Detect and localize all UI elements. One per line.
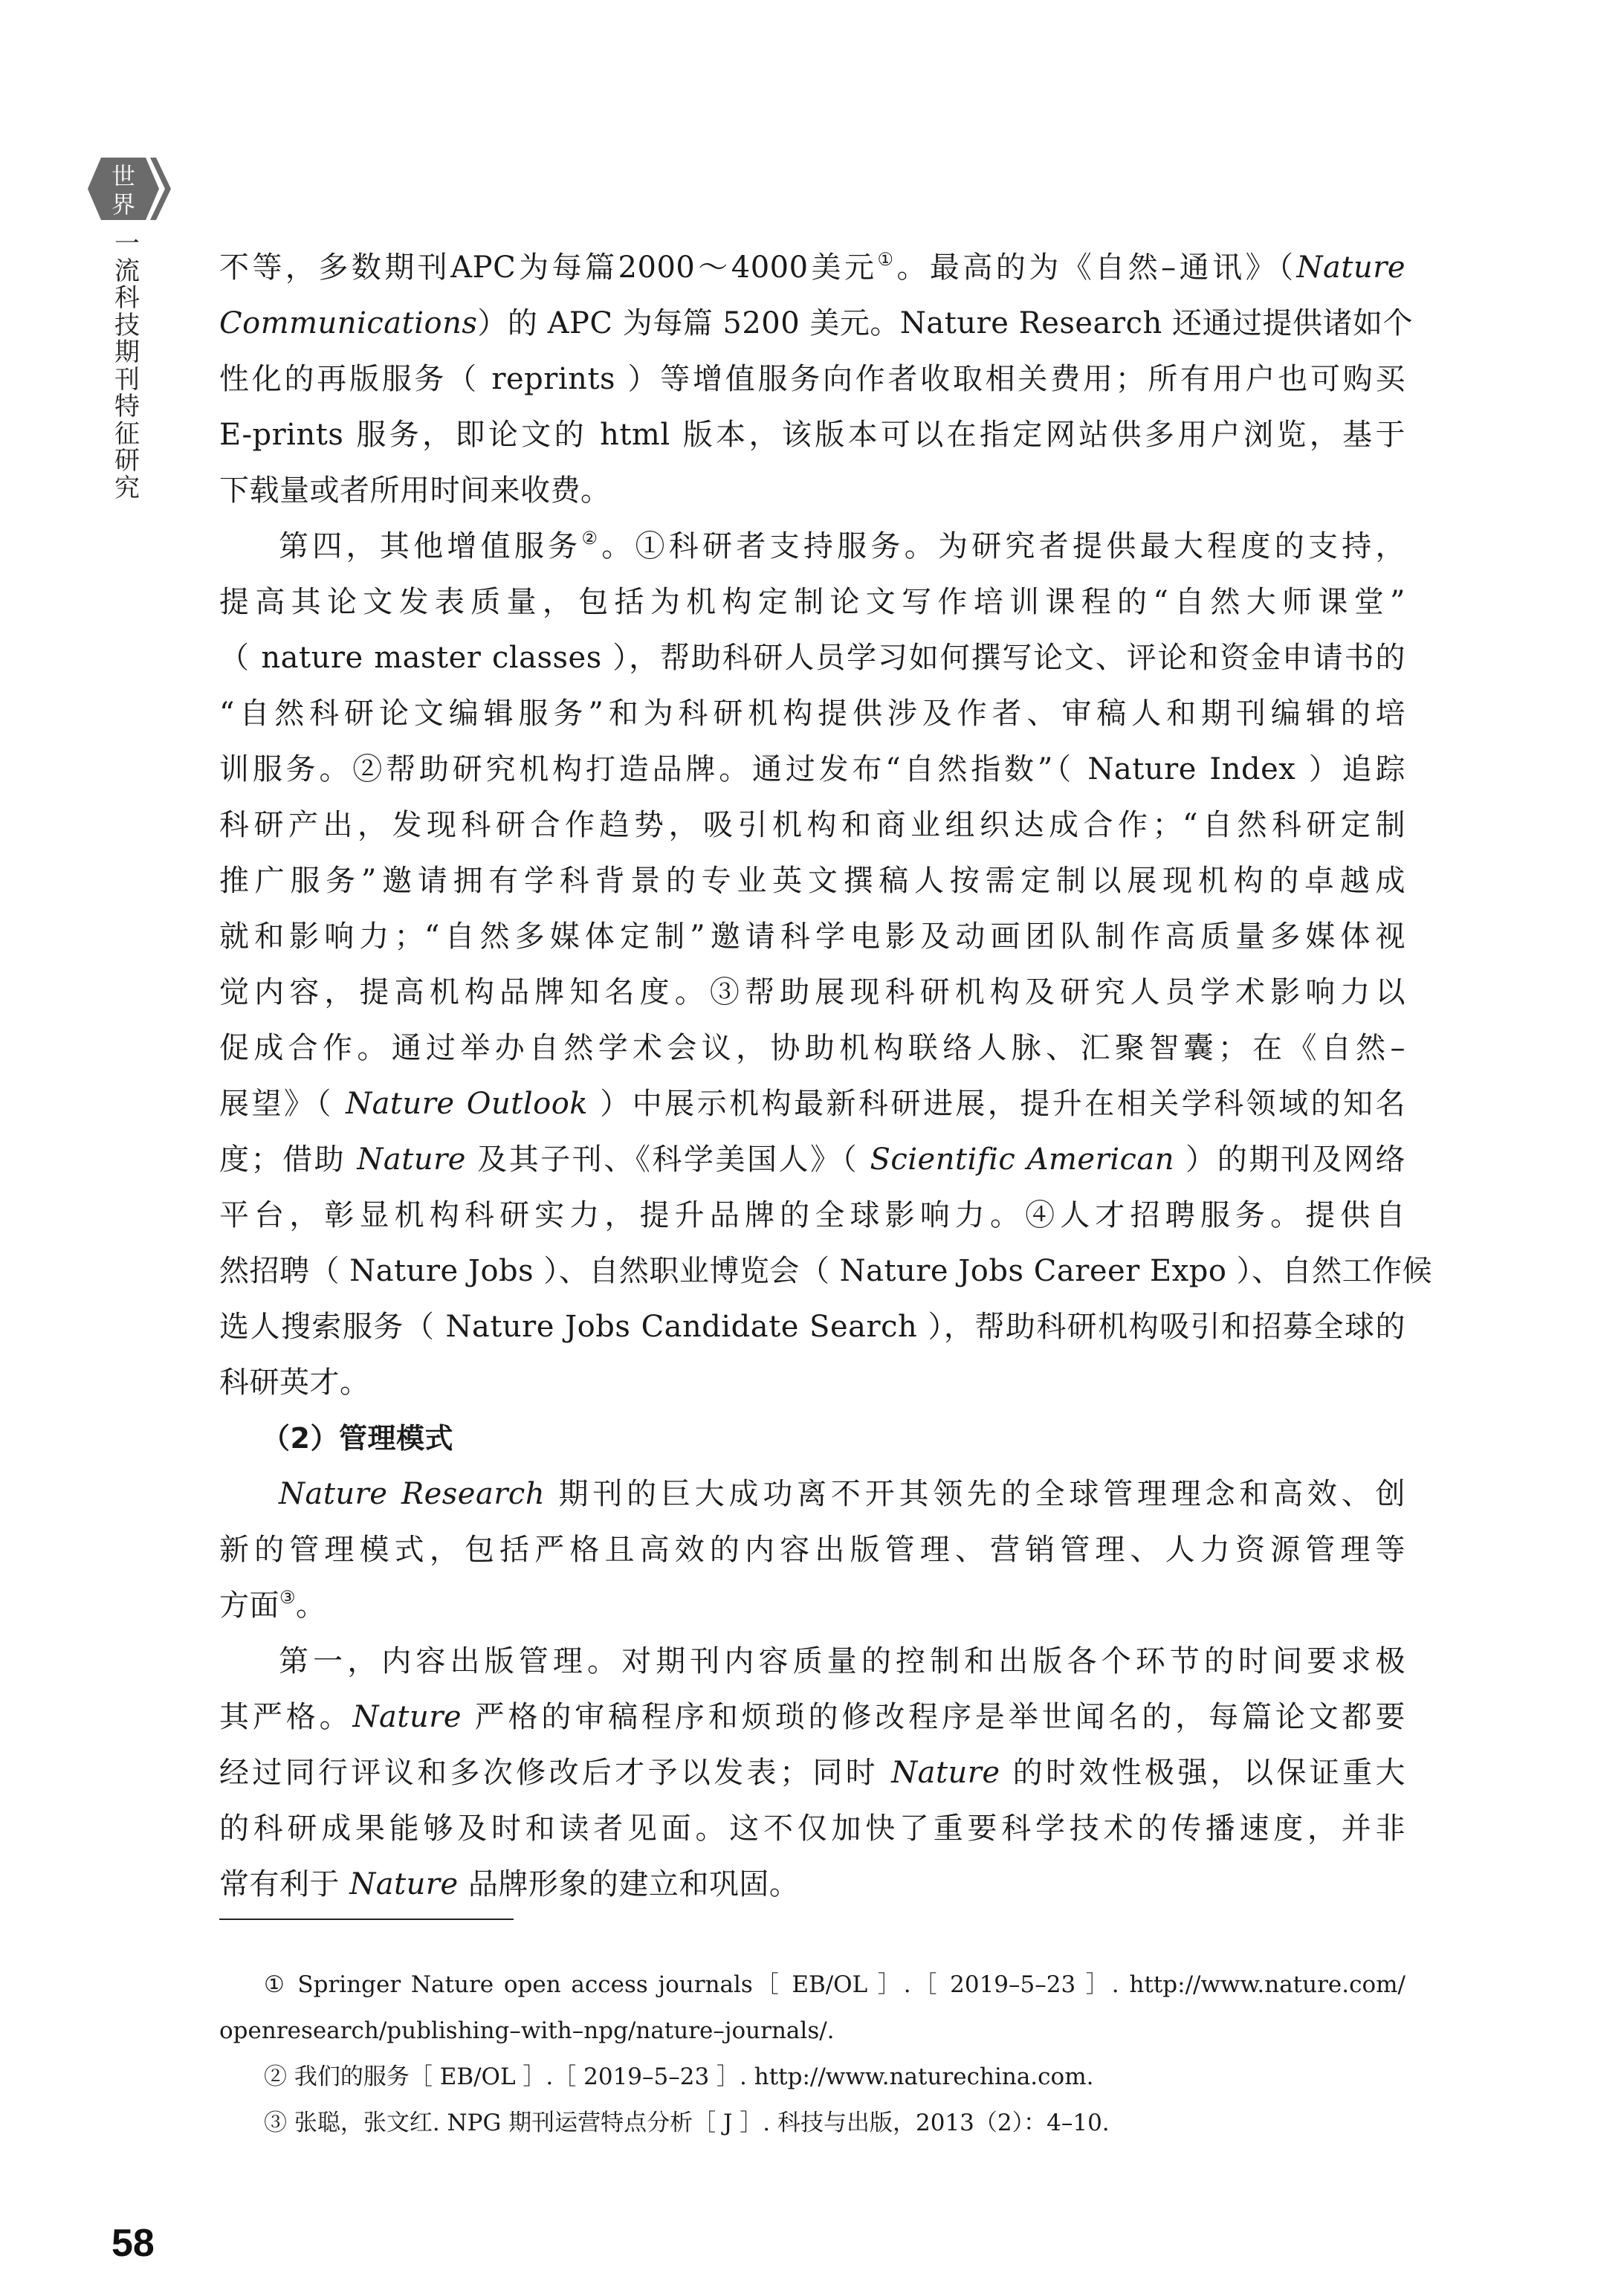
title-char: 期 bbox=[110, 339, 144, 366]
badge-char-1: 世 bbox=[111, 162, 135, 190]
text-run: 不等，多数期刊APC为每篇2000～4000美元 bbox=[219, 250, 877, 285]
text-run: 下载量或者所用时间来收费。 bbox=[219, 473, 611, 508]
text-run: 科研产出，发现科研合作趋势，吸引机构和商业组织达成合作；“自然科研定制 bbox=[219, 808, 1405, 842]
text-run: 推广服务”邀请拥有学科背景的专业英文撰稿人按需定制以展现机构的卓越成 bbox=[219, 864, 1405, 898]
text-run: 科研英才。 bbox=[219, 1365, 370, 1400]
title-char: 究 bbox=[110, 475, 144, 502]
text-run: 提高其论文发表质量，包括为机构定制论文写作培训课程的“自然大师课堂” bbox=[219, 585, 1405, 619]
text-run: 常有利于 bbox=[219, 1867, 349, 1901]
footnote-ref: ② bbox=[581, 528, 601, 549]
text-line: 度；借助 Nature 及其子刊、《科学美国人》（ Scientific Ame… bbox=[219, 1137, 1405, 1182]
footnote-divider bbox=[219, 1919, 514, 1920]
text-run: 期刊的巨大成功离不开其领先的全球管理理念和高效、创 bbox=[545, 1477, 1405, 1511]
text-run: （ nature master classes ），帮助科研人员学习如何撰写论文… bbox=[219, 641, 1405, 675]
text-line: 不等，多数期刊APC为每篇2000～4000美元①。最高的为《自然–通讯》（Na… bbox=[219, 245, 1405, 290]
title-char: 科 bbox=[110, 285, 144, 312]
title-char: 征 bbox=[110, 421, 144, 448]
italic-term: Nature bbox=[353, 1700, 462, 1734]
text-line: E-prints 服务，即论文的 html 版本，该版本可以在指定网站供多用户浏… bbox=[219, 413, 1405, 457]
footnote-ref: ③ bbox=[279, 1587, 296, 1608]
text-run: 然招聘（ Nature Jobs ）、自然职业博览会（ Nature Jobs … bbox=[219, 1254, 1432, 1288]
text-run: 经过同行评议和多次修改后才予以发表；同时 bbox=[219, 1756, 891, 1790]
text-run: 严格的审稿程序和烦琐的修改程序是举世闻名的，每篇论文都要 bbox=[462, 1700, 1405, 1734]
text-run: 平台，彰显机构科研实力，提升品牌的全球影响力。④人才招聘服务。提供自 bbox=[219, 1198, 1405, 1232]
text-run: 展望》（ bbox=[219, 1087, 346, 1121]
text-line: 常有利于 Nature 品牌形象的建立和巩固。 bbox=[219, 1862, 1405, 1907]
badge-char-2: 界 bbox=[111, 190, 135, 219]
title-char: 技 bbox=[110, 312, 144, 340]
text-line: Communications）的 APC 为每篇 5200 美元。Nature … bbox=[219, 301, 1405, 346]
text-line: 科研产出，发现科研合作趋势，吸引机构和商业组织达成合作；“自然科研定制 bbox=[219, 803, 1405, 847]
title-char: 特 bbox=[110, 393, 144, 421]
text-run: 。 bbox=[296, 1588, 326, 1623]
italic-term: Nature bbox=[1297, 250, 1405, 285]
text-run: 。①科研者支持服务。为研究者提供最大程度的支持， bbox=[601, 529, 1405, 563]
text-line: 科研英才。 bbox=[219, 1360, 1405, 1405]
text-line: 第一，内容出版管理。对期刊内容质量的控制和出版各个环节的时间要求极 bbox=[279, 1639, 1405, 1684]
text-run: ）的 APC 为每篇 5200 美元。Nature Research 还通过提供… bbox=[477, 306, 1413, 340]
text-line: 然招聘（ Nature Jobs ）、自然职业博览会（ Nature Jobs … bbox=[219, 1249, 1405, 1293]
footnote-ref: ① bbox=[877, 249, 896, 270]
footnote-line: ① Springer Nature open access journals［ … bbox=[264, 1970, 1405, 2000]
text-line: 觉内容，提高机构品牌知名度。③帮助展现科研机构及研究人员学术影响力以 bbox=[219, 970, 1405, 1015]
italic-term: Scientific American bbox=[870, 1142, 1174, 1177]
text-line: 促成合作。通过举办自然学术会议，协助机构联络人脉、汇聚智囊；在《自然– bbox=[219, 1026, 1405, 1070]
footnote-line: ② 我们的服务［ EB/OL ］.［ 2019–5–23 ］. http://w… bbox=[264, 2062, 1405, 2092]
italic-term: Nature bbox=[891, 1756, 1000, 1790]
text-line: 展望》（ Nature Outlook ）中展示机构最新科研进展，提升在相关学科… bbox=[219, 1082, 1405, 1126]
text-line: 推广服务”邀请拥有学科背景的专业英文撰稿人按需定制以展现机构的卓越成 bbox=[219, 859, 1405, 903]
footnote-line: ③ 张聪，张文红. NPG 期刊运营特点分析［ J ］. 科技与出版，2013（… bbox=[264, 2108, 1405, 2138]
book-title-vertical: 一流科技期刊特征研究 bbox=[110, 230, 144, 502]
text-line: 的科研成果能够及时和读者见面。这不仅加快了重要科学技术的传播速度，并非 bbox=[219, 1806, 1405, 1851]
text-line: 选人搜索服务（ Nature Jobs Candidate Search ），帮… bbox=[219, 1305, 1405, 1349]
title-char: 一 bbox=[110, 230, 144, 258]
text-run: 训服务。②帮助研究机构打造品牌。通过发布“自然指数”（ Nature Index… bbox=[219, 752, 1405, 786]
footnote-line: openresearch/publishing–with–npg/nature–… bbox=[219, 2016, 1405, 2046]
text-run: 。最高的为《自然–通讯》（ bbox=[896, 250, 1296, 285]
hexagon-chevron-badge-icon: 世 界 bbox=[88, 158, 171, 220]
text-run: 性化的再版服务（ reprints ）等增值服务向作者收取相关费用；所有用户也可… bbox=[219, 362, 1405, 396]
text-line: 经过同行评议和多次修改后才予以发表；同时 Nature 的时效性极强，以保证重大 bbox=[219, 1751, 1405, 1795]
text-run: 方面 bbox=[219, 1588, 279, 1623]
text-run: E-prints 服务，即论文的 html 版本，该版本可以在指定网站供多用户浏… bbox=[219, 418, 1405, 452]
text-line: “自然科研论文编辑服务”和为科研机构提供涉及作者、审稿人和期刊编辑的培 bbox=[219, 691, 1405, 736]
text-run: 选人搜索服务（ Nature Jobs Candidate Search ），帮… bbox=[219, 1310, 1405, 1344]
title-char: 刊 bbox=[110, 366, 144, 394]
section-heading: （2）管理模式 bbox=[262, 1416, 1448, 1461]
text-line: 其严格。Nature 严格的审稿程序和烦琐的修改程序是举世闻名的，每篇论文都要 bbox=[219, 1695, 1405, 1739]
text-line: 训服务。②帮助研究机构打造品牌。通过发布“自然指数”（ Nature Index… bbox=[219, 747, 1405, 792]
text-line: 提高其论文发表质量，包括为机构定制论文写作培训课程的“自然大师课堂” bbox=[219, 580, 1405, 624]
text-run: 及其子刊、《科学美国人》（ bbox=[466, 1142, 870, 1177]
text-run: 品牌形象的建立和巩固。 bbox=[459, 1867, 800, 1901]
italic-term: Nature Research bbox=[279, 1477, 545, 1511]
title-char: 研 bbox=[110, 447, 144, 475]
text-run: ）的期刊及网络 bbox=[1174, 1142, 1405, 1177]
text-run: 的时效性极强，以保证重大 bbox=[1000, 1756, 1405, 1790]
text-line: Nature Research 期刊的巨大成功离不开其领先的全球管理理念和高效、… bbox=[279, 1472, 1405, 1516]
text-line: （ nature master classes ），帮助科研人员学习如何撰写论文… bbox=[219, 636, 1405, 680]
text-run: “自然科研论文编辑服务”和为科研机构提供涉及作者、审稿人和期刊编辑的培 bbox=[219, 696, 1405, 731]
text-line: 性化的再版服务（ reprints ）等增值服务向作者收取相关费用；所有用户也可… bbox=[219, 357, 1405, 401]
text-run: 第四，其他增值服务 bbox=[279, 529, 581, 563]
text-run: ）中展示机构最新科研进展，提升在相关学科领域的知名 bbox=[588, 1087, 1405, 1121]
text-run: 的科研成果能够及时和读者见面。这不仅加快了重要科学技术的传播速度，并非 bbox=[219, 1811, 1405, 1846]
text-line: 方面③。 bbox=[219, 1583, 1405, 1628]
text-run: 觉内容，提高机构品牌知名度。③帮助展现科研机构及研究人员学术影响力以 bbox=[219, 975, 1405, 1009]
text-run: 度；借助 bbox=[219, 1142, 357, 1177]
text-line: 新的管理模式，包括严格且高效的内容出版管理、营销管理、人力资源管理等 bbox=[219, 1528, 1405, 1572]
text-line: 下载量或者所用时间来收费。 bbox=[219, 468, 1405, 513]
text-run: （2）管理模式 bbox=[262, 1422, 453, 1455]
text-run: 就和影响力；“自然多媒体定制”邀请科学电影及动画团队制作高质量多媒体视 bbox=[219, 919, 1405, 954]
text-run: 第一，内容出版管理。对期刊内容质量的控制和出版各个环节的时间要求极 bbox=[279, 1644, 1405, 1678]
text-line: 就和影响力；“自然多媒体定制”邀请科学电影及动画团队制作高质量多媒体视 bbox=[219, 914, 1405, 959]
text-run: 其严格。 bbox=[219, 1700, 353, 1734]
italic-term: Communications bbox=[219, 306, 477, 340]
text-run: 促成合作。通过举办自然学术会议，协助机构联络人脉、汇聚智囊；在《自然– bbox=[219, 1031, 1405, 1065]
title-char: 流 bbox=[110, 258, 144, 285]
italic-term: Nature bbox=[357, 1142, 465, 1177]
text-run: 新的管理模式，包括严格且高效的内容出版管理、营销管理、人力资源管理等 bbox=[219, 1533, 1405, 1567]
text-line: 第四，其他增值服务②。①科研者支持服务。为研究者提供最大程度的支持， bbox=[279, 524, 1405, 569]
page-number: 58 bbox=[111, 2223, 155, 2264]
text-line: 平台，彰显机构科研实力，提升品牌的全球影响力。④人才招聘服务。提供自 bbox=[219, 1193, 1405, 1238]
italic-term: Nature Outlook bbox=[346, 1087, 588, 1121]
italic-term: Nature bbox=[349, 1867, 458, 1901]
